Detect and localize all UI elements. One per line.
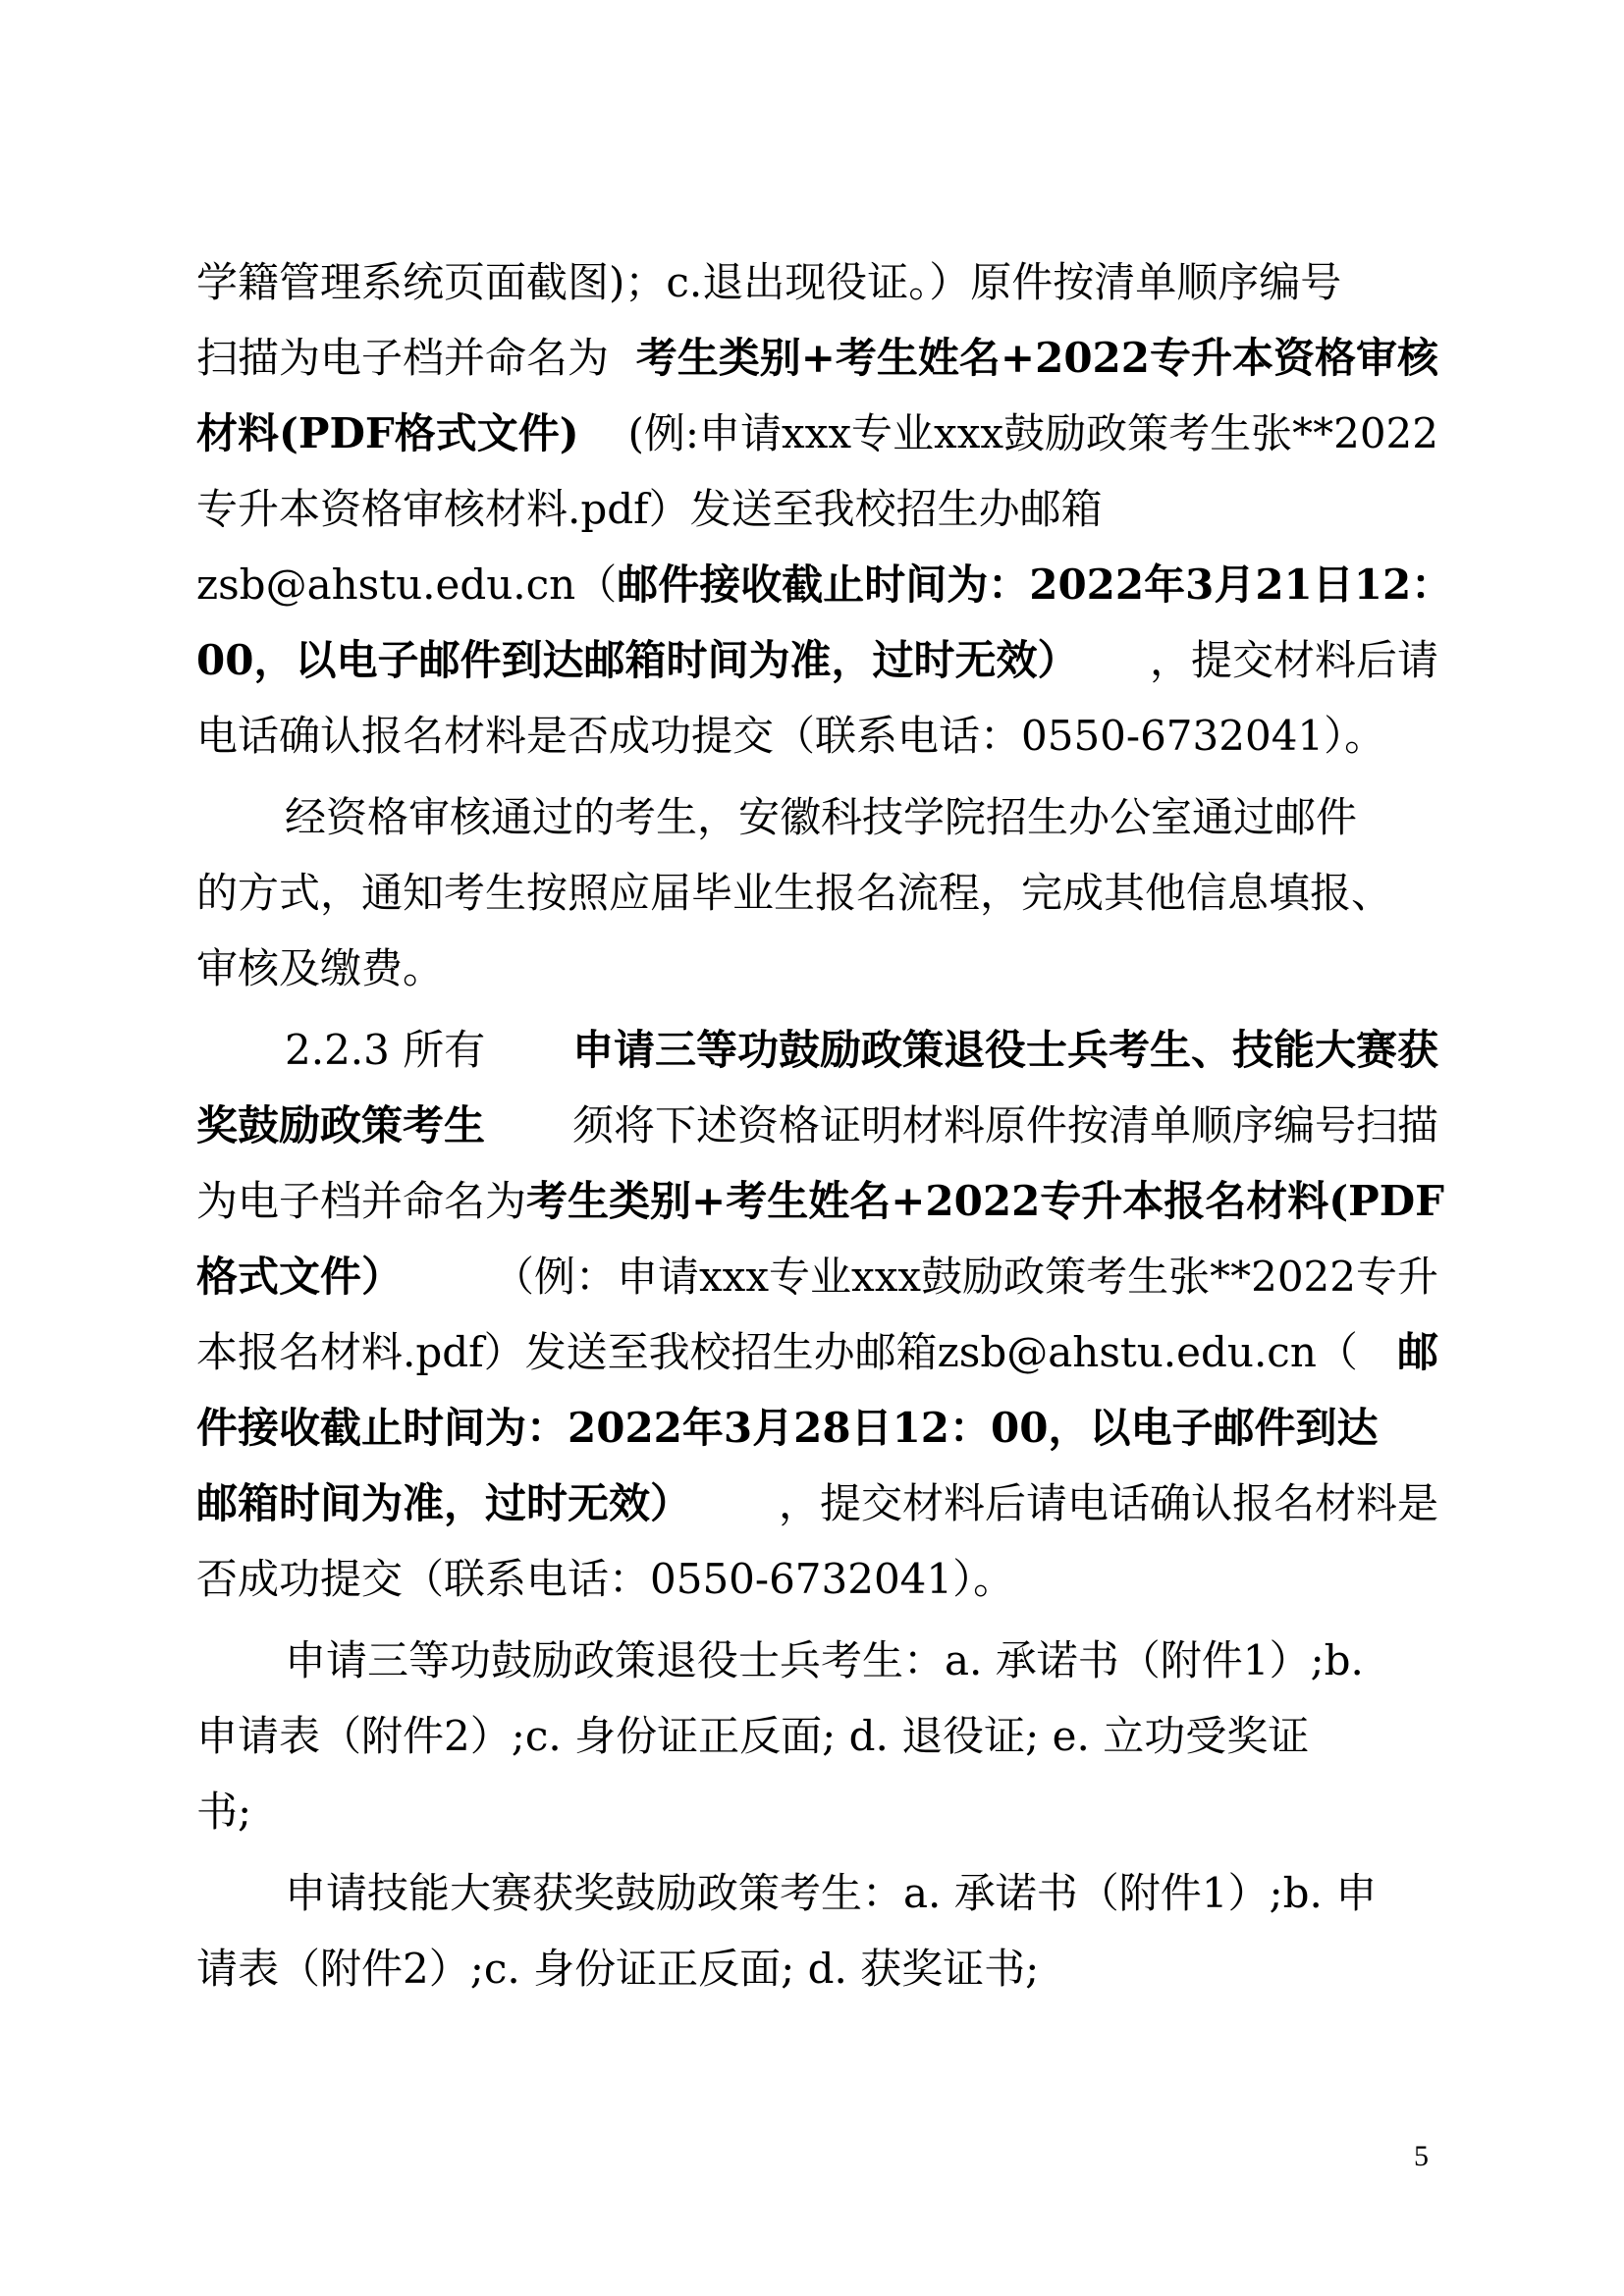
section-heading-line: 2.2.3 所有 申请三等功鼓励政策退役士兵考生、技能大赛获 bbox=[285, 1021, 1438, 1080]
text-line: zsb@ahstu.edu.cn（ 邮件接收截止时间为：2022年3月21日12… bbox=[196, 556, 1438, 614]
list-line: 申请三等功鼓励政策退役士兵考生：a. 承诺书（附件1）;b. bbox=[285, 1631, 1438, 1690]
text-line: 否成功提交（联系电话：0550-6732041）。 bbox=[196, 1550, 1438, 1609]
text-run: 请表（附件2）;c. 身份证正反面; d. 获奖证书; bbox=[196, 1940, 1039, 1999]
list-line: 申请表（附件2）;c. 身份证正反面; d. 退役证; e. 立功受奖证 bbox=[196, 1707, 1438, 1766]
text-line: 奖鼓励政策考生 须将下述资格证明材料原件按清单顺序编号扫描 bbox=[196, 1096, 1438, 1155]
bold-deadline: 邮箱时间为准，过时无效） bbox=[196, 1474, 691, 1533]
text-run: 申请表（附件2）;c. 身份证正反面; d. 退役证; e. 立功受奖证 bbox=[196, 1707, 1309, 1766]
bold-text-run: 申请三等功鼓励政策退役士兵考生、技能大赛获 bbox=[572, 1021, 1438, 1080]
list-line: 申请技能大赛获奖鼓励政策考生：a. 承诺书（附件1）;b. 申 bbox=[285, 1864, 1438, 1923]
bold-deadline: 件接收截止时间为：2022年3月28日12：00，以电子邮件到达 bbox=[196, 1399, 1378, 1458]
section-number: 2.2.3 所有 bbox=[285, 1021, 485, 1080]
text-run: 审核及缴费。 bbox=[196, 939, 444, 998]
text-run: ，提交材料后请电话确认报名材料是 bbox=[779, 1474, 1438, 1533]
text-line: 专升本资格审核材料.pdf）发送至我校招生办邮箱 bbox=[196, 480, 1438, 539]
bold-text-run: 奖鼓励政策考生 bbox=[196, 1096, 485, 1155]
text-line: 材料(PDF格式文件) (例:申请xxx专业xxx鼓励政策考生张**2022 bbox=[196, 404, 1438, 463]
text-run: 书; bbox=[196, 1783, 251, 1842]
bold-text-run: 材料(PDF格式文件) bbox=[196, 404, 579, 463]
bold-deadline: 邮件接收截止时间为：2022年3月21日12： bbox=[617, 556, 1452, 614]
bold-text-run: 邮 bbox=[1397, 1323, 1438, 1382]
contact-phone-text: 否成功提交（联系电话：0550-6732041）。 bbox=[196, 1550, 1014, 1609]
bold-filename-format: 考生类别+考生姓名+2022专升本报名材料(PDF bbox=[526, 1172, 1444, 1231]
text-run: 申请技能大赛获奖鼓励政策考生：a. 承诺书（附件1）;b. 申 bbox=[285, 1864, 1377, 1923]
text-run: 须将下述资格证明材料原件按清单顺序编号扫描 bbox=[572, 1096, 1438, 1155]
text-run: 为电子档并命名为 bbox=[196, 1172, 526, 1231]
text-run: 的方式，通知考生按照应届毕业生报名流程，完成其他信息填报、 bbox=[196, 864, 1392, 923]
text-run: 经资格审核通过的考生，安徽科技学院招生办公室通过邮件 bbox=[285, 788, 1357, 847]
bold-filename-format: 考生类别+考生姓名+2022专升本资格审核 bbox=[636, 329, 1438, 388]
text-run: 申请三等功鼓励政策退役士兵考生：a. 承诺书（附件1）;b. bbox=[285, 1631, 1364, 1690]
bold-deadline: 00，以电子邮件到达邮箱时间为准，过时无效） bbox=[196, 631, 1078, 690]
bold-text-run: 格式文件） bbox=[196, 1248, 403, 1307]
text-line: 学籍管理系统页面截图)；c.退出现役证。）原件按清单顺序编号 bbox=[196, 253, 1438, 312]
text-run: 专升本资格审核材料.pdf）发送至我校招生办邮箱 bbox=[196, 480, 1103, 539]
text-line: 扫描为电子档并命名为 考生类别+考生姓名+2022专升本资格审核 bbox=[196, 329, 1438, 388]
text-line: 邮箱时间为准，过时无效） ，提交材料后请电话确认报名材料是 bbox=[196, 1474, 1438, 1533]
text-run: 学籍管理系统页面截图)；c.退出现役证。）原件按清单顺序编号 bbox=[196, 253, 1341, 312]
text-line: 审核及缴费。 bbox=[196, 939, 1438, 998]
text-line: 为电子档并命名为 考生类别+考生姓名+2022专升本报名材料(PDF bbox=[196, 1172, 1438, 1231]
email-address: zsb@ahstu.edu.cn（ bbox=[196, 556, 617, 614]
text-run: 本报名材料.pdf）发送至我校招生办邮箱zsb@ahstu.edu.cn（ bbox=[196, 1323, 1358, 1382]
text-line: 件接收截止时间为：2022年3月28日12：00，以电子邮件到达 bbox=[196, 1399, 1438, 1458]
text-line: 的方式，通知考生按照应届毕业生报名流程，完成其他信息填报、 bbox=[196, 864, 1438, 923]
page-number: 5 bbox=[1414, 2140, 1429, 2173]
text-line: 00，以电子邮件到达邮箱时间为准，过时无效） ，提交材料后请 bbox=[196, 631, 1438, 690]
text-line: 格式文件） （例：申请xxx专业xxx鼓励政策考生张**2022专升 bbox=[196, 1248, 1438, 1307]
text-line: 经资格审核通过的考生，安徽科技学院招生办公室通过邮件 bbox=[285, 788, 1438, 847]
text-run: 扫描为电子档并命名为 bbox=[196, 329, 609, 388]
document-page: 学籍管理系统页面截图)；c.退出现役证。）原件按清单顺序编号 扫描为电子档并命名… bbox=[0, 0, 1624, 2296]
contact-phone-text: 电话确认报名材料是否成功提交（联系电话：0550-6732041）。 bbox=[196, 707, 1385, 766]
list-line: 书; bbox=[196, 1783, 1438, 1842]
text-run: (例:申请xxx专业xxx鼓励政策考生张**2022 bbox=[627, 404, 1438, 463]
text-line: 电话确认报名材料是否成功提交（联系电话：0550-6732041）。 bbox=[196, 707, 1438, 766]
text-run: （例：申请xxx专业xxx鼓励政策考生张**2022专升 bbox=[493, 1248, 1438, 1307]
text-line: 本报名材料.pdf）发送至我校招生办邮箱zsb@ahstu.edu.cn（ 邮 bbox=[196, 1323, 1438, 1382]
text-run: ，提交材料后请 bbox=[1150, 631, 1438, 690]
list-line: 请表（附件2）;c. 身份证正反面; d. 获奖证书; bbox=[196, 1940, 1438, 1999]
